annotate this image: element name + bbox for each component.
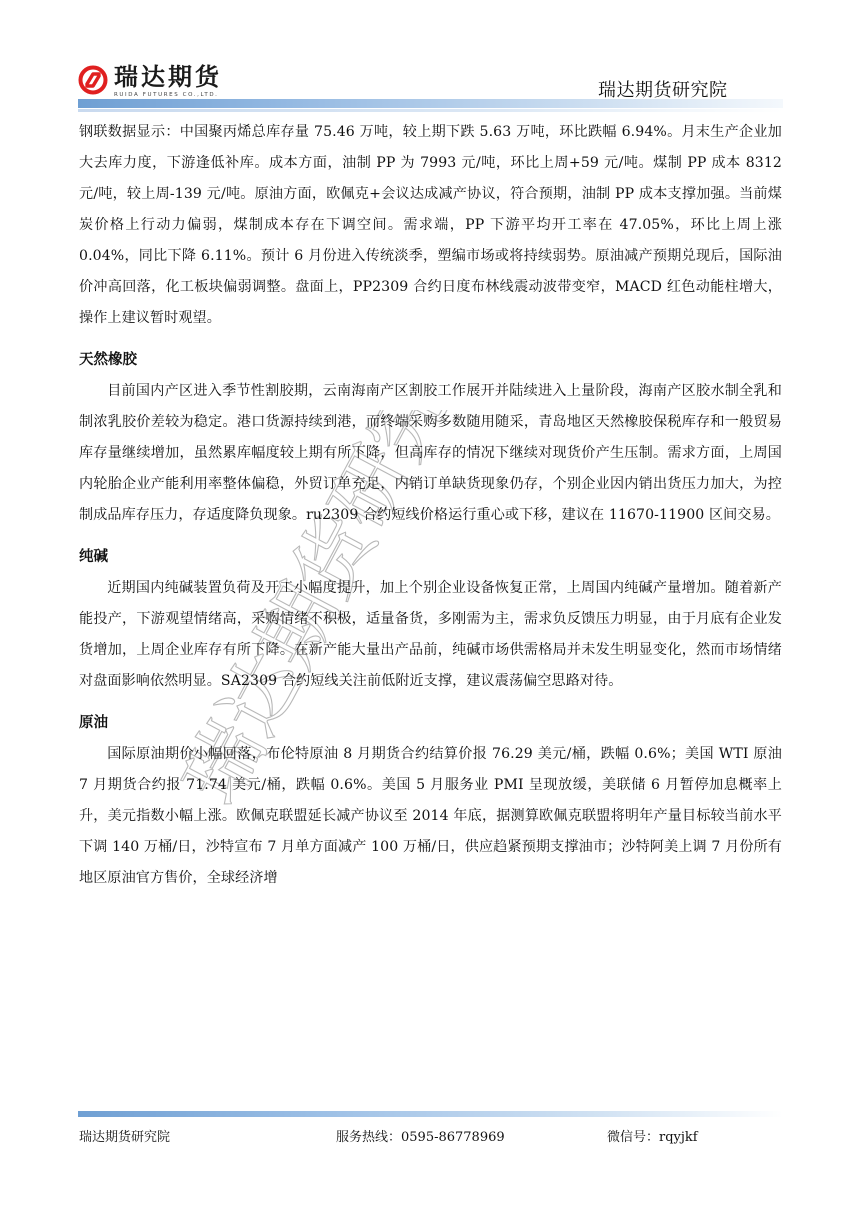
report-body: 钢联数据显示：中国聚丙烯总库存量 75.46 万吨，较上期下跌 5.63 万吨，… <box>79 117 782 894</box>
section-title-crude-oil: 原油 <box>79 713 782 733</box>
section-title-soda-ash: 纯碱 <box>79 547 782 567</box>
footer-divider <box>78 1111 783 1117</box>
crude-oil-paragraph: 国际原油期价小幅回落，布伦特原油 8 月期货合约结算价报 76.29 美元/桶，… <box>79 739 782 894</box>
header-divider <box>78 99 783 108</box>
header-divider-thin <box>78 109 783 112</box>
rubber-paragraph: 目前国内产区进入季节性割胶期，云南海南产区割胶工作展开并陆续进入上量阶段，海南产… <box>79 376 782 531</box>
pp-paragraph: 钢联数据显示：中国聚丙烯总库存量 75.46 万吨，较上期下跌 5.63 万吨，… <box>79 117 782 334</box>
section-title-rubber: 天然橡胶 <box>79 350 782 370</box>
page-header: 瑞达期货 RUIDA FUTURES CO.,LTD. 瑞达期货研究院 <box>0 0 860 115</box>
company-logo: 瑞达期货 RUIDA FUTURES CO.,LTD. <box>78 63 222 103</box>
page-footer: 瑞达期货研究院 服务热线：0595-86778969 微信号：rqyjkf <box>79 1126 782 1146</box>
footer-hotline: 服务热线：0595-86778969 <box>336 1126 505 1145</box>
logo-chinese-name: 瑞达期货 <box>114 63 222 91</box>
logo-english-name: RUIDA FUTURES CO.,LTD. <box>114 91 222 99</box>
soda-ash-paragraph: 近期国内纯碱装置负荷及开工小幅度提升，加上个别企业设备恢复正常，上周国内纯碱产量… <box>79 573 782 697</box>
footer-org-name: 瑞达期货研究院 <box>79 1126 170 1145</box>
footer-wechat: 微信号：rqyjkf <box>607 1126 698 1145</box>
ruida-logo-icon <box>78 65 108 95</box>
